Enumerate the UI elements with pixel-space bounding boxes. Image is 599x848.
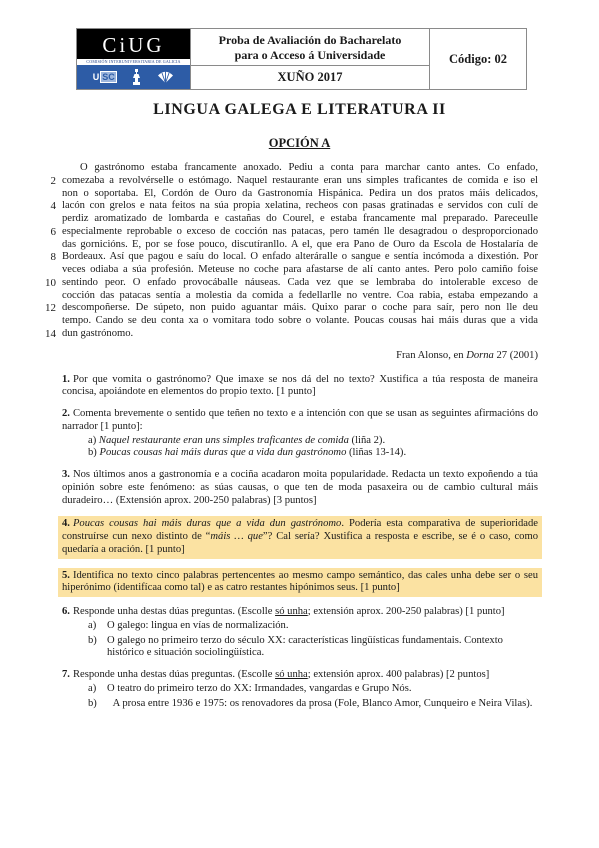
exam-series-line2: para o Acceso á Universidade xyxy=(195,48,425,63)
passage-line: 2comezaba a revolvérselle o estómago. Na… xyxy=(62,175,538,188)
question-6b: b) O galego no primeiro terzo do século … xyxy=(88,635,538,661)
passage-line: 12descompoñerse. De súpeto, non puido ag… xyxy=(62,302,538,315)
question-7a: a) O teatro do primeiro terzo do XX: Irm… xyxy=(88,683,538,696)
exam-page: { "header": { "org": { "name": "CiUG", "… xyxy=(0,0,599,848)
question-7b: b) A prosa entre 1936 e 1975: os renovad… xyxy=(88,698,538,711)
line-number: 6 xyxy=(39,226,56,239)
line-number: 10 xyxy=(39,277,56,290)
passage-line: perdiz aromatizado de lombarda e castaña… xyxy=(62,213,538,226)
question-3: 3.Nos últimos anos a gastronomía e a coc… xyxy=(62,469,538,507)
exam-series-line1: Proba de Avaliación do Bacharelato xyxy=(195,33,425,48)
question-1-number: 1. xyxy=(62,374,70,385)
question-2-number: 2. xyxy=(62,408,70,419)
line-number: 14 xyxy=(39,328,56,341)
question-5-number: 5. xyxy=(62,570,70,581)
exam-code: Código: 02 xyxy=(430,29,526,89)
passage-line: das gornicións. E, por se fose pouco, di… xyxy=(62,239,538,252)
questions-section: 1.Por que vomita o gastrónomo? Que imaxe… xyxy=(62,374,538,711)
question-3-number: 3. xyxy=(62,469,70,480)
passage-line: 8Bordeaux. Así que pagou e saíu do local… xyxy=(62,251,538,264)
question-7: 7.Responde unha destas dúas preguntas. (… xyxy=(62,669,538,710)
question-1: 1.Por que vomita o gastrónomo? Que imaxe… xyxy=(62,374,538,400)
question-2: 2.Comenta brevemente o sentido que teñen… xyxy=(62,408,538,460)
passage-line: 6especialmente reprobable o exceso de co… xyxy=(62,226,538,239)
question-7-number: 7. xyxy=(62,669,70,680)
header-center: Proba de Avaliación do Bacharelato para … xyxy=(190,29,430,89)
university-logos-band: USC xyxy=(77,65,190,89)
uvigo-logo xyxy=(157,71,174,83)
reading-passage: O gastrónomo estaba francamente anoxado.… xyxy=(62,162,538,341)
attribution: Fran Alonso, en Dorna 27 (2001) xyxy=(62,350,538,361)
passage-line: non o soportaba. El, Cordón de Ouro da G… xyxy=(62,188,538,201)
passage-line: tempo. Cando se deu conta xa o vomitara … xyxy=(62,315,538,328)
question-6a: a) O galego: lingua en vías de normaliza… xyxy=(88,620,538,633)
page-title: LINGUA GALEGA E LITERATURA II xyxy=(0,101,599,119)
passage-line: 4lacón con grelos e nata feitos na súa p… xyxy=(62,200,538,213)
line-number: 12 xyxy=(39,302,56,315)
passage-line: veces odiaba a súa profesión. Meteuse no… xyxy=(62,264,538,277)
question-2b: b) Poucas cousas hai máis duras que a vi… xyxy=(88,447,538,460)
passage-line: 14dun gastrónomo. xyxy=(62,328,538,341)
passage-line: 10sentindo peor. O enfado provocáballe n… xyxy=(62,277,538,290)
exam-series-title: Proba de Avaliación do Bacharelato para … xyxy=(191,29,429,66)
line-number: 2 xyxy=(39,175,56,188)
option-heading: OPCIÓN A xyxy=(0,136,599,151)
question-2a: a) Naquel restaurante eran uns simples t… xyxy=(88,435,538,448)
header-table: CiUG COMISIÓN INTERUNIVERSITARIA DE GALI… xyxy=(76,28,527,90)
line-number: 4 xyxy=(39,200,56,213)
ciug-logo: CiUG COMISIÓN INTERUNIVERSITARIA DE GALI… xyxy=(77,29,190,89)
question-4: 4.Poucas cousas hai máis duras que a vid… xyxy=(58,516,542,558)
question-5: 5.Identifica no texto cinco palabras per… xyxy=(58,568,542,598)
question-6-number: 6. xyxy=(62,606,70,617)
line-number: 8 xyxy=(39,251,56,264)
question-4-number: 4. xyxy=(62,518,70,529)
udc-logo xyxy=(132,69,141,85)
ciug-logo-text: CiUG xyxy=(77,29,190,59)
passage-line: cocción das patacas sentía a molestia da… xyxy=(62,290,538,303)
question-6: 6.Responde unha destas dúas preguntas. (… xyxy=(62,606,538,660)
passage-line: O gastrónomo estaba francamente anoxado.… xyxy=(62,162,538,175)
exam-session: XUÑO 2017 xyxy=(191,66,429,88)
usc-logo: USC xyxy=(93,72,117,82)
work-title: Dorna xyxy=(466,350,494,361)
